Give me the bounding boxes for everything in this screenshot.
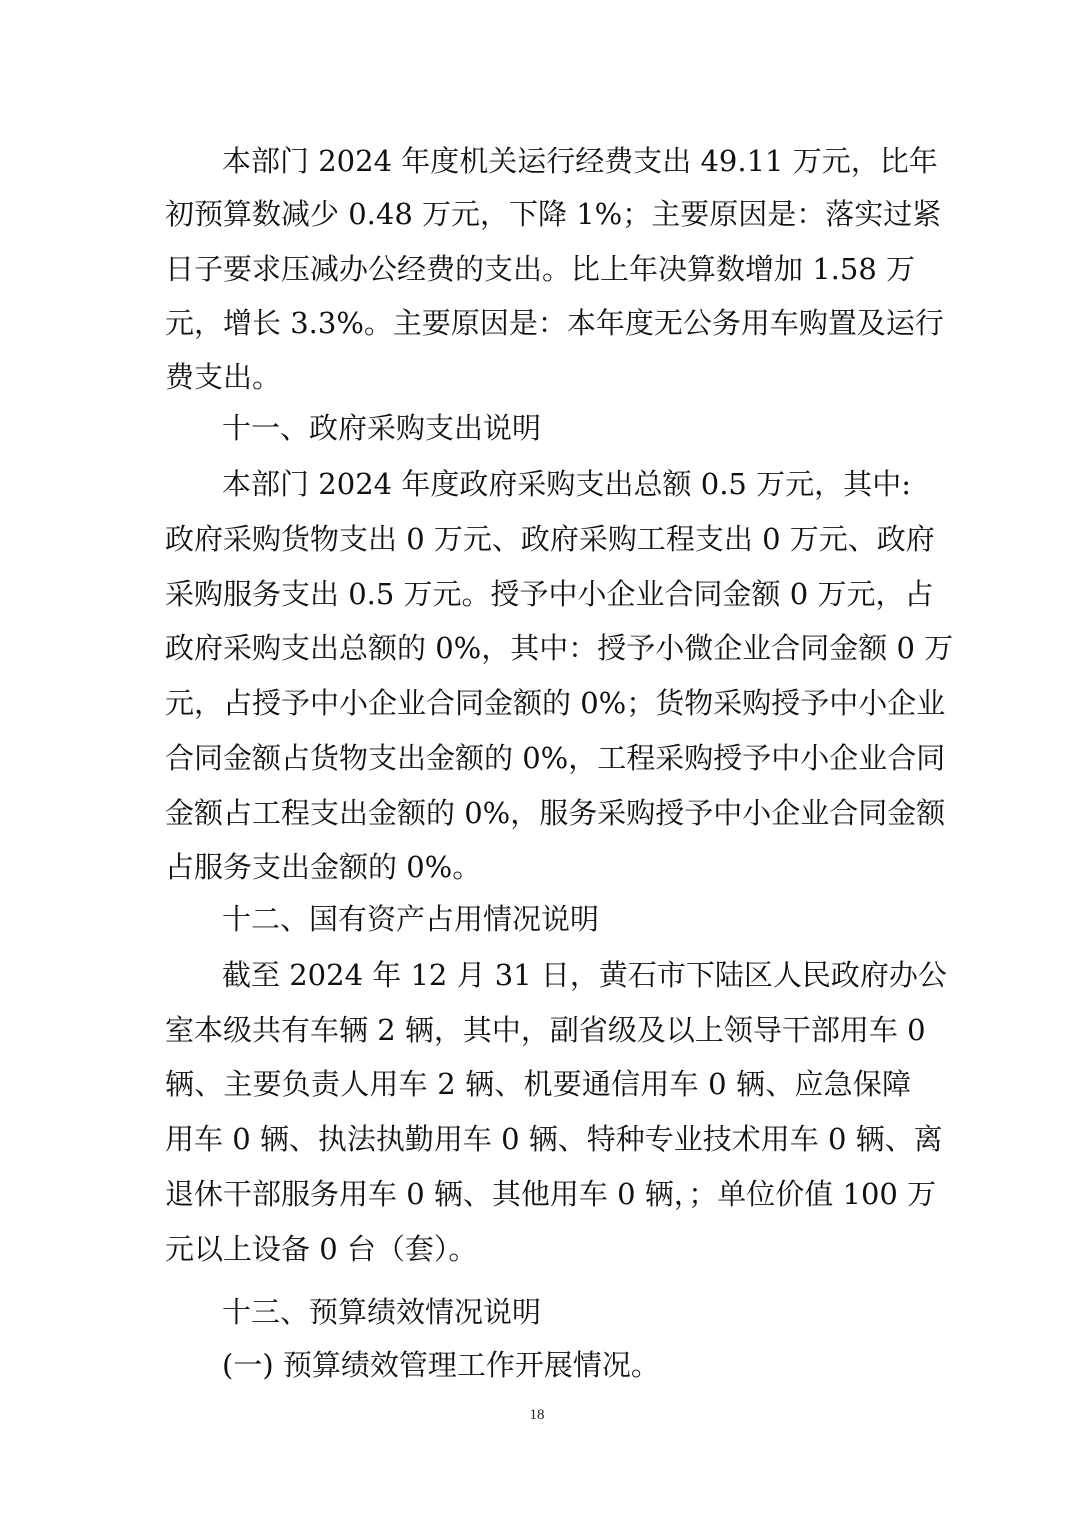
text-line: 元，增长 3.3%。主要原因是：本年度无公务用车购置及运行 [165, 303, 911, 343]
text-line: 初预算数减少 0.48 万元，下降 1%；主要原因是：落实过紧 [165, 194, 911, 234]
text-line: 政府采购支出总额的 0%，其中：授予小微企业合同金额 0 万 [165, 628, 911, 668]
text-line: 日子要求压减办公经费的支出。比上年决算数增加 1.58 万 [165, 249, 911, 289]
page-number: 18 [0, 1405, 1074, 1425]
text-line: 政府采购货物支出 0 万元、政府采购工程支出 0 万元、政府 [165, 519, 911, 559]
section-heading-government-procurement: 十一、政府采购支出说明 [222, 408, 541, 448]
text-line: 费支出。 [165, 357, 911, 397]
text-line: 金额占工程支出金额的 0%，服务采购授予中小企业合同金额 [165, 793, 911, 833]
text-line: 本部门 2024 年度政府采购支出总额 0.5 万元，其中: [222, 464, 911, 504]
section-heading-state-assets: 十二、国有资产占用情况说明 [222, 899, 599, 939]
text-line: 合同金额占货物支出金额的 0%，工程采购授予中小企业合同 [165, 738, 911, 778]
subsection-heading-performance-management: (一) 预算绩效管理工作开展情况。 [222, 1345, 660, 1385]
text-line: 占服务支出金额的 0%。 [165, 847, 911, 887]
text-line: 截至 2024 年 12 月 31 日，黄石市下陆区人民政府办公 [222, 955, 911, 995]
text-line: 辆、主要负责人用车 2 辆、机要通信用车 0 辆、应急保障 [165, 1064, 911, 1104]
text-line: 元，占授予中小企业合同金额的 0%；货物采购授予中小企业 [165, 683, 911, 723]
text-line: 本部门 2024 年度机关运行经费支出 49.11 万元，比年 [222, 141, 911, 181]
text-line: 元以上设备 0 台（套）。 [165, 1229, 911, 1269]
document-page: 本部门 2024 年度机关运行经费支出 49.11 万元，比年 初预算数减少 0… [0, 0, 1074, 1520]
text-line: 采购服务支出 0.5 万元。授予中小企业合同金额 0 万元，占 [165, 574, 911, 614]
section-heading-budget-performance: 十三、预算绩效情况说明 [222, 1292, 541, 1332]
text-line: 室本级共有车辆 2 辆，其中，副省级及以上领导干部用车 0 [165, 1010, 911, 1050]
text-line: 用车 0 辆、执法执勤用车 0 辆、特种专业技术用车 0 辆、离 [165, 1119, 911, 1159]
text-line: 退休干部服务用车 0 辆、其他用车 0 辆，；单位价值 100 万 [165, 1174, 911, 1214]
